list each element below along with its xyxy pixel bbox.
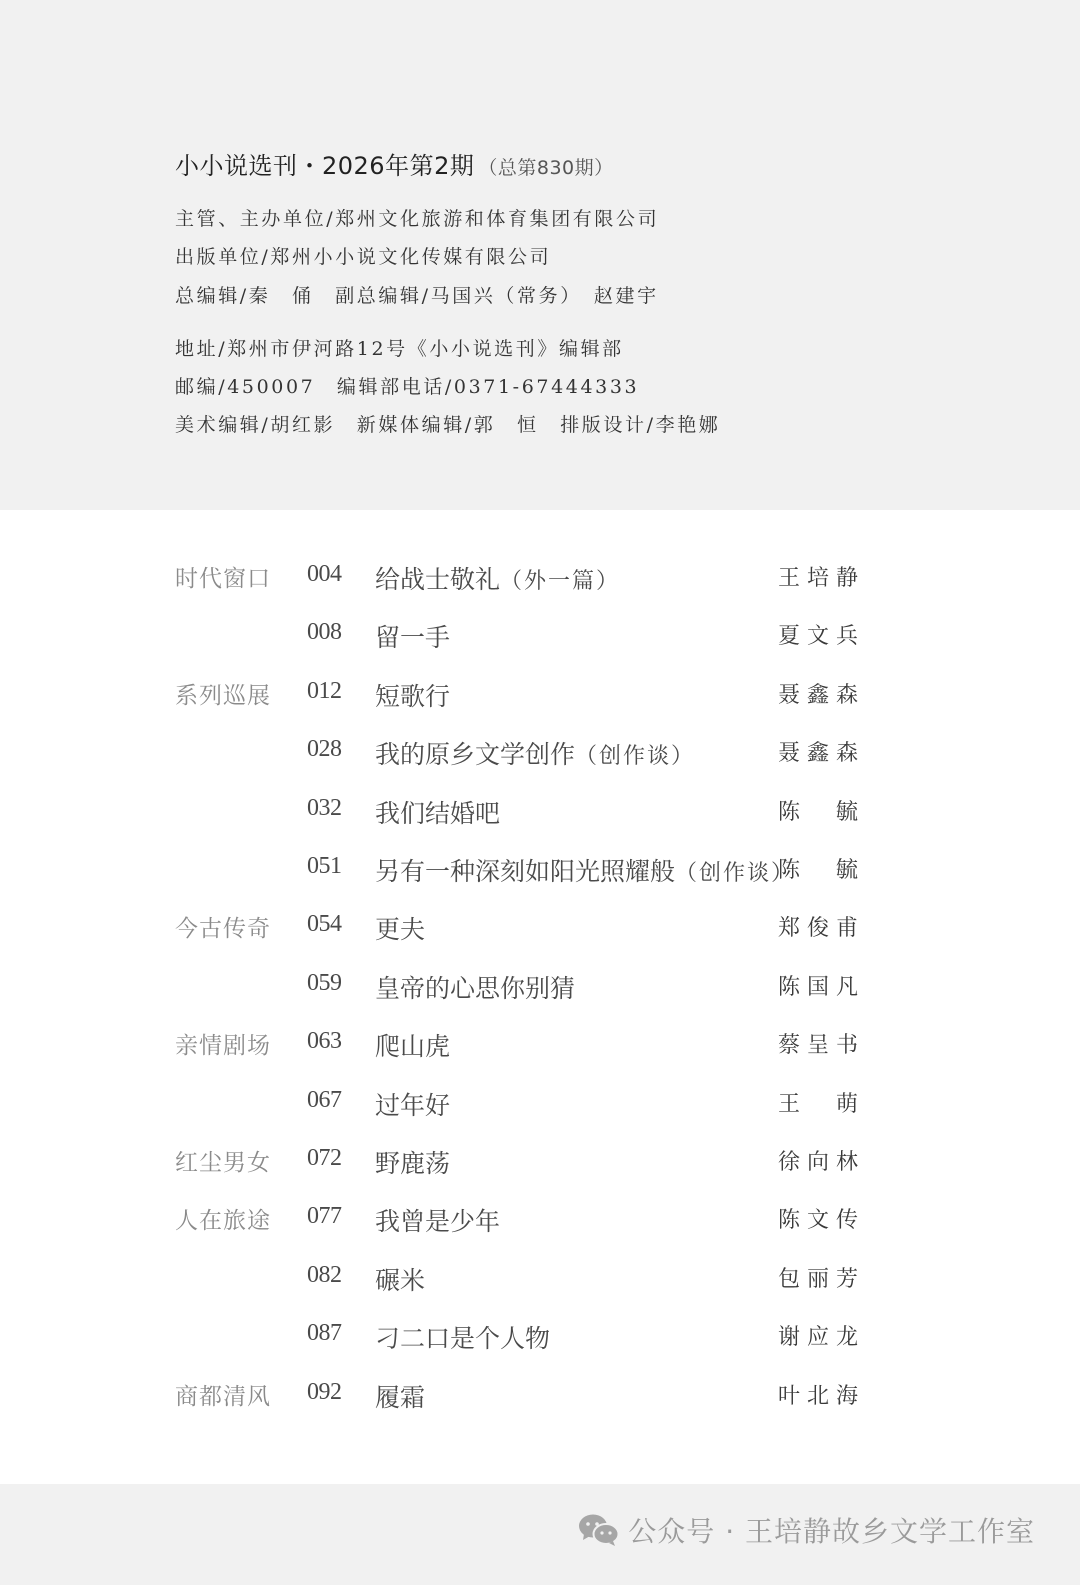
toc-title-text: 另有一种深刻如阳光照耀般 xyxy=(375,857,675,886)
toc-entry: 008留一手夏文兵 xyxy=(0,618,1080,658)
toc-page-number: 028 xyxy=(307,736,342,763)
toc-author: 陈 毓 xyxy=(778,853,858,884)
toc-article-title: 刁二口是个人物 xyxy=(375,1319,550,1355)
toc-page-number: 012 xyxy=(307,678,342,705)
toc-article-title: 皇帝的心思你别猜 xyxy=(375,969,575,1005)
toc-page-number: 004 xyxy=(307,561,342,588)
toc-author: 聂鑫森 xyxy=(778,678,858,709)
toc-page-number: 008 xyxy=(307,619,342,646)
masthead-staff: 美术编辑/胡红影 新媒体编辑/郭 恒 排版设计/李艳娜 xyxy=(175,410,720,437)
toc-page-number: 087 xyxy=(307,1320,342,1347)
toc-title-note: （创作谈） xyxy=(575,744,695,769)
toc-page-number: 059 xyxy=(307,970,342,997)
masthead-sponsor: 主管、主办单位/郑州文化旅游和体育集团有限公司 xyxy=(175,204,659,231)
magazine-title: 小小说选刊・2026年第2期（总第830期） xyxy=(175,146,614,181)
footer-watermark: 公众号 · 王培静故乡文学工作室 xyxy=(0,1484,1080,1585)
toc-section-label: 系列巡展 xyxy=(175,677,271,710)
toc-author: 夏文兵 xyxy=(778,619,858,650)
toc-article-title: 给战士敬礼（外一篇） xyxy=(375,560,620,596)
toc-title-text: 履霜 xyxy=(375,1383,425,1412)
toc-article-title: 碾米 xyxy=(375,1261,425,1297)
toc-author: 聂鑫森 xyxy=(778,736,858,767)
masthead-contact: 邮编/450007 编辑部电话/0371-67444333 xyxy=(175,372,639,399)
toc-entry: 082碾米包丽芳 xyxy=(0,1261,1080,1301)
toc-section-label: 人在旅途 xyxy=(175,1202,271,1235)
toc-article-title: 我们结婚吧 xyxy=(375,794,500,830)
toc-article-title: 爬山虎 xyxy=(375,1027,450,1063)
toc-author: 王 萌 xyxy=(778,1087,858,1118)
toc-title-note: （外一篇） xyxy=(500,569,620,594)
toc-title-text: 碾米 xyxy=(375,1266,425,1295)
masthead-publisher: 出版单位/郑州小小说文化传媒有限公司 xyxy=(175,242,551,269)
toc-page-number: 092 xyxy=(307,1379,342,1406)
toc-entry: 商都清风092履霜叶北海 xyxy=(0,1378,1080,1418)
wechat-account-label: 公众号 · 王培静故乡文学工作室 xyxy=(578,1510,1035,1550)
toc-page-number: 077 xyxy=(307,1203,342,1230)
toc-author: 叶北海 xyxy=(778,1379,858,1410)
toc-entry: 亲情剧场063爬山虎蔡呈书 xyxy=(0,1027,1080,1067)
toc-author: 蔡呈书 xyxy=(778,1028,858,1059)
toc-page-number: 067 xyxy=(307,1087,342,1114)
toc-article-title: 野鹿荡 xyxy=(375,1144,450,1180)
wechat-icon xyxy=(578,1513,620,1547)
toc-title-text: 我的原乡文学创作 xyxy=(375,740,575,769)
toc-section-label: 今古传奇 xyxy=(175,910,271,943)
toc-entry: 红尘男女072野鹿荡徐向林 xyxy=(0,1144,1080,1184)
toc-page-number: 054 xyxy=(307,911,342,938)
toc-entry: 系列巡展012短歌行聂鑫森 xyxy=(0,677,1080,717)
toc-entry: 人在旅途077我曾是少年陈文传 xyxy=(0,1202,1080,1242)
masthead-editors: 总编辑/秦 俑 副总编辑/马国兴（常务） 赵建宇 xyxy=(175,281,659,308)
toc-page-number: 063 xyxy=(307,1028,342,1055)
masthead-address: 地址/郑州市伊河路12号《小小说选刊》编辑部 xyxy=(175,334,624,361)
toc-entry: 051另有一种深刻如阳光照耀般（创作谈）陈 毓 xyxy=(0,852,1080,892)
toc-author: 王培静 xyxy=(778,561,858,592)
toc-article-title: 我的原乡文学创作（创作谈） xyxy=(375,735,695,771)
toc-title-text: 我曾是少年 xyxy=(375,1207,500,1236)
toc-section-label: 亲情剧场 xyxy=(175,1027,271,1060)
toc-entry: 028我的原乡文学创作（创作谈）聂鑫森 xyxy=(0,735,1080,775)
toc-title-text: 更夫 xyxy=(375,915,425,944)
toc-title-text: 爬山虎 xyxy=(375,1032,450,1061)
toc-author: 陈文传 xyxy=(778,1203,858,1234)
toc-author: 包丽芳 xyxy=(778,1262,858,1293)
toc-author: 郑俊甫 xyxy=(778,911,858,942)
toc-page-number: 082 xyxy=(307,1262,342,1289)
toc-article-title: 更夫 xyxy=(375,910,425,946)
toc-article-title: 我曾是少年 xyxy=(375,1202,500,1238)
toc-page-number: 051 xyxy=(307,853,342,880)
toc-title-text: 过年好 xyxy=(375,1091,450,1120)
footer-text: 公众号 · 王培静故乡文学工作室 xyxy=(628,1510,1035,1550)
toc-title-text: 我们结婚吧 xyxy=(375,799,500,828)
toc-author: 徐向林 xyxy=(778,1145,858,1176)
toc-entry: 032我们结婚吧陈 毓 xyxy=(0,794,1080,834)
toc-section-label: 时代窗口 xyxy=(175,560,271,593)
toc-title-text: 皇帝的心思你别猜 xyxy=(375,974,575,1003)
toc-entry: 时代窗口004给战士敬礼（外一篇）王培静 xyxy=(0,560,1080,600)
toc-article-title: 履霜 xyxy=(375,1378,425,1414)
toc-page-number: 072 xyxy=(307,1145,342,1172)
toc-article-title: 短歌行 xyxy=(375,677,450,713)
toc-entry: 059皇帝的心思你别猜陈国凡 xyxy=(0,969,1080,1009)
toc-title-text: 刁二口是个人物 xyxy=(375,1324,550,1353)
toc-page-number: 032 xyxy=(307,795,342,822)
toc-article-title: 另有一种深刻如阳光照耀般（创作谈） xyxy=(375,852,795,888)
toc-section-label: 红尘男女 xyxy=(175,1144,271,1177)
toc-author: 陈国凡 xyxy=(778,970,858,1001)
toc-entry: 今古传奇054更夫郑俊甫 xyxy=(0,910,1080,950)
toc-title-text: 留一手 xyxy=(375,623,450,652)
toc-section-label: 商都清风 xyxy=(175,1378,271,1411)
masthead-panel: 小小说选刊・2026年第2期（总第830期） 主管、主办单位/郑州文化旅游和体育… xyxy=(0,0,1080,510)
toc-author: 陈 毓 xyxy=(778,795,858,826)
toc-title-text: 野鹿荡 xyxy=(375,1149,450,1178)
toc-entry: 087刁二口是个人物谢应龙 xyxy=(0,1319,1080,1359)
toc-entry: 067过年好王 萌 xyxy=(0,1086,1080,1126)
toc-article-title: 过年好 xyxy=(375,1086,450,1122)
toc-article-title: 留一手 xyxy=(375,618,450,654)
issue-total: （总第830期） xyxy=(478,157,613,179)
toc-author: 谢应龙 xyxy=(778,1320,858,1351)
magazine-issue: 小小说选刊・2026年第2期 xyxy=(175,152,474,180)
toc-title-text: 短歌行 xyxy=(375,682,450,711)
toc-title-text: 给战士敬礼 xyxy=(375,565,500,594)
